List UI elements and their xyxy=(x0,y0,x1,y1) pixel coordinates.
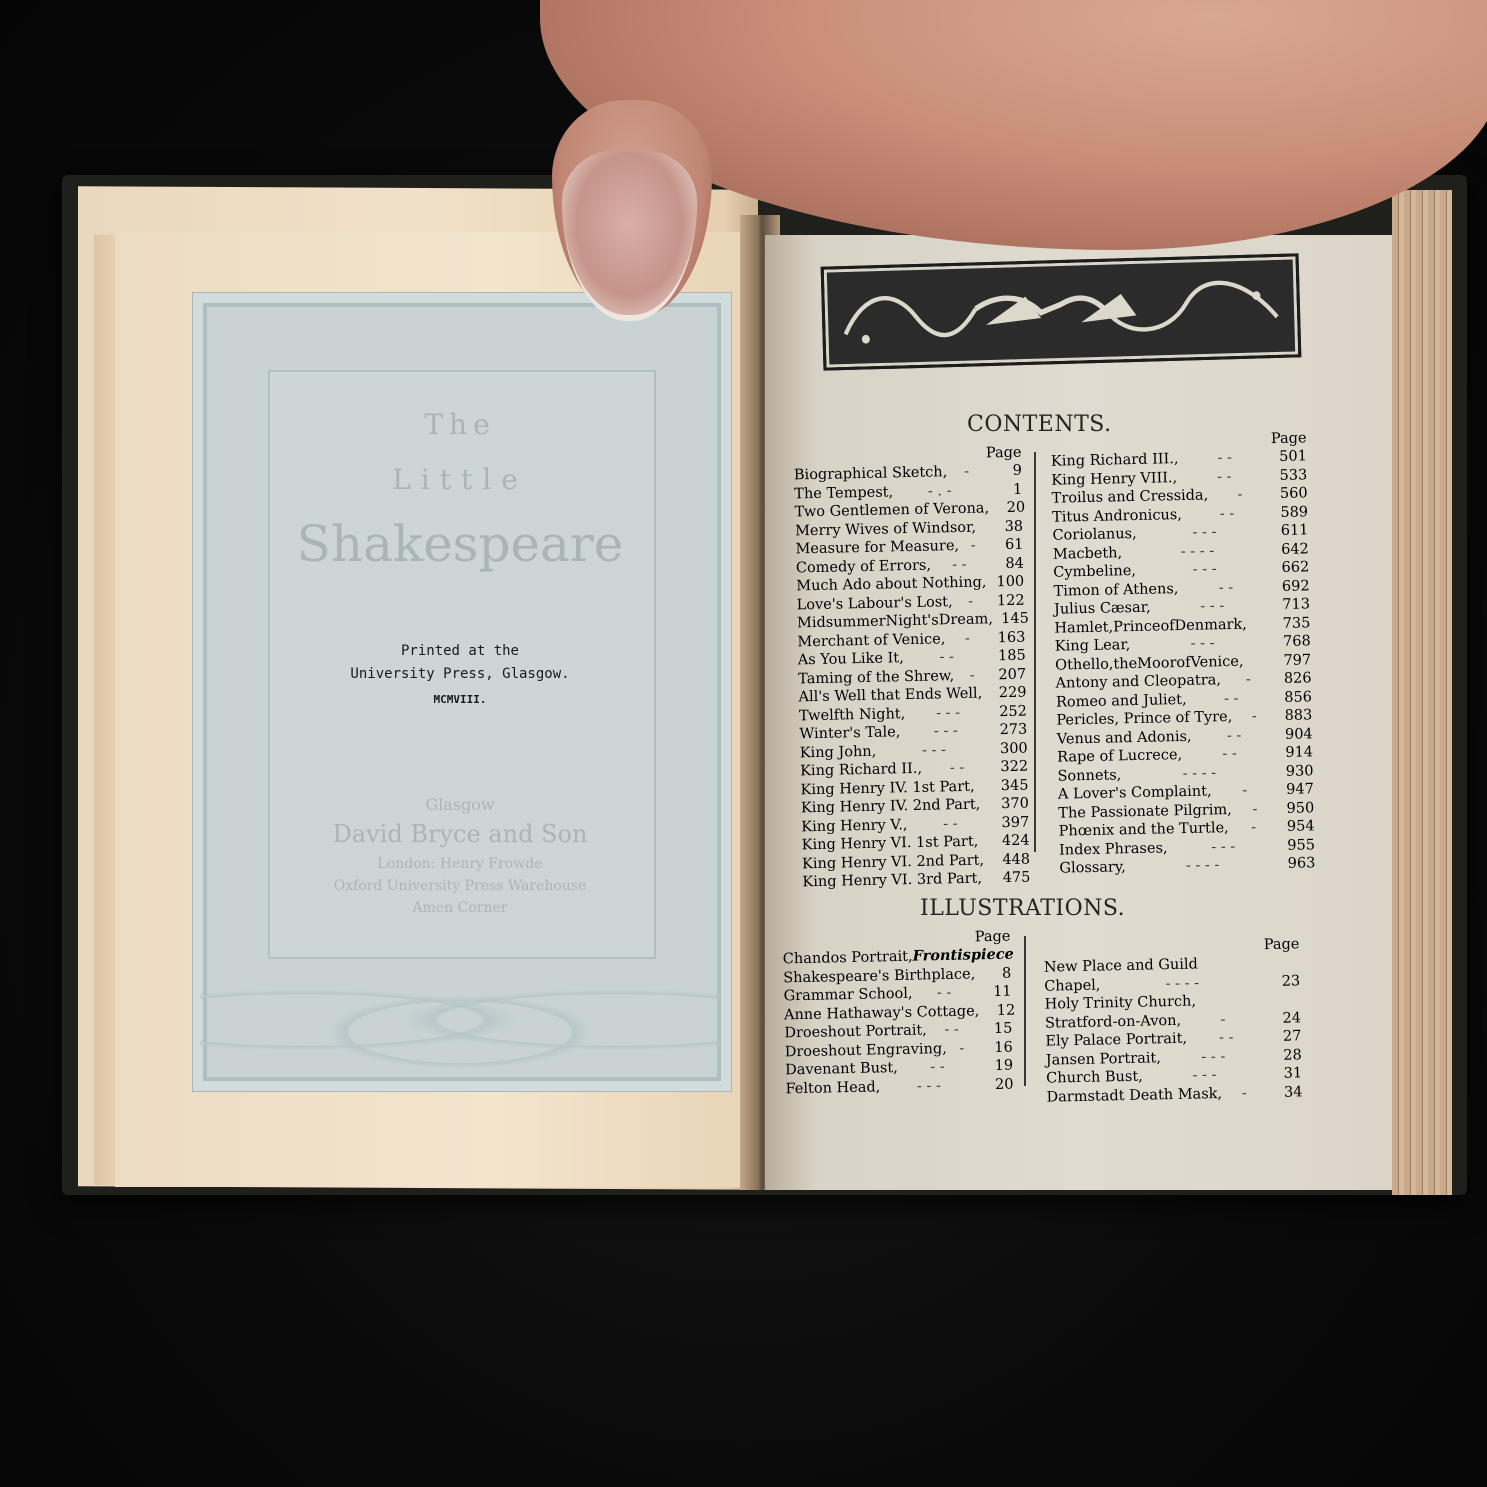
toc-entry-page: 229 xyxy=(990,684,1026,703)
toc-entry-page: 322 xyxy=(992,758,1028,777)
toc-entry-title: Index Phrases, xyxy=(1059,839,1168,860)
toc-entry-page: 163 xyxy=(989,628,1025,647)
show-through-title-line: The xyxy=(268,408,652,441)
toc-entry-leader: - xyxy=(1251,819,1256,838)
toc-entry-page: 145 xyxy=(993,610,1029,629)
toc-entry-title: The Tempest, xyxy=(794,483,893,504)
toc-entry-page: 28 xyxy=(1266,1046,1302,1065)
griffin-headpiece-ornament xyxy=(821,253,1302,370)
toc-entry-page: 713 xyxy=(1274,595,1310,614)
toc-entry-page: 947 xyxy=(1278,780,1314,799)
toc-entry-page: 397 xyxy=(993,813,1029,832)
toc-entry-leader: - . - xyxy=(928,482,952,501)
toc-entry-page: 642 xyxy=(1273,540,1309,559)
toc-entry-page: 24 xyxy=(1265,1009,1301,1028)
toc-entry-leader: - - xyxy=(944,1021,959,1040)
toc-entry-page xyxy=(1264,953,1300,972)
toc-entry-page: 930 xyxy=(1277,762,1313,781)
toc-entry-leader: - - - - xyxy=(1186,856,1220,875)
toc-entry-leader: - xyxy=(1237,486,1242,505)
toc-entry-leader: - - xyxy=(952,555,967,574)
toc-entry-leader: - - xyxy=(1224,689,1239,708)
show-through-publisher-line: London: Henry Frowde xyxy=(268,856,652,872)
toc-entry-title: Darmstadt Death Mask, xyxy=(1046,1084,1222,1106)
toc-entry-leader: - - - xyxy=(934,722,958,741)
toc-entry-page: 207 xyxy=(990,665,1026,684)
toc-entry-page: 856 xyxy=(1276,688,1312,707)
illustrations-right-column: Page New Place and Guild Chapel,- - - -2… xyxy=(1043,935,1302,1106)
toc-entry-leader: - xyxy=(1242,782,1247,801)
toc-entry-page: 370 xyxy=(993,795,1029,814)
toc-entry-leader: - xyxy=(971,537,976,556)
toc-entry-leader: - - - xyxy=(917,1077,941,1096)
toc-entry-page: 662 xyxy=(1273,558,1309,577)
toc-entry-page: 611 xyxy=(1272,521,1308,540)
toc-entry-page: 735 xyxy=(1274,614,1310,633)
toc-entry-page: 533 xyxy=(1271,466,1307,485)
toc-entry-leader: - - - xyxy=(1192,1066,1216,1085)
toc-entry-title: Glossary, xyxy=(1059,858,1126,878)
toc-entry-page: 448 xyxy=(994,850,1030,869)
toc-entry-leader: - xyxy=(964,463,969,482)
toc-entry-page: 19 xyxy=(977,1057,1013,1076)
griffin-scroll-icon xyxy=(824,256,1299,367)
toc-entry-page: 826 xyxy=(1275,669,1311,688)
toc-entry-title: Phœnix and the Turtle, xyxy=(1059,819,1229,841)
toc-entry-title: Ely Palace Portrait, xyxy=(1045,1030,1187,1051)
toc-entry-title: King Henry V., xyxy=(801,816,908,837)
toc-entry-leader: - xyxy=(1242,1084,1247,1103)
toc-entry-title: King Henry VI. 3rd Part, xyxy=(802,870,982,892)
toc-entry-page: 954 xyxy=(1278,817,1314,836)
toc-entry-leader: - xyxy=(959,1039,964,1058)
toc-entry-leader: - xyxy=(969,666,974,685)
toc-entry-leader: - xyxy=(1252,707,1257,726)
toc-entry-page: 8 xyxy=(975,964,1011,983)
toc-entry-page: 38 xyxy=(987,517,1023,536)
toc-entry-page: 560 xyxy=(1271,484,1307,503)
toc-entry-title: Church Bust, xyxy=(1046,1068,1143,1089)
toc-entry-page: 501 xyxy=(1271,447,1307,466)
toc-entry-leader: - - - xyxy=(1192,523,1216,542)
show-through-publisher-line: David Bryce and Son xyxy=(268,820,652,848)
toc-entry-leader: - - - xyxy=(1192,560,1216,579)
page-block-edges xyxy=(1392,190,1452,1195)
toc-entry-page: 883 xyxy=(1276,706,1312,725)
toc-entry-leader: - - xyxy=(939,648,954,667)
toc-entry-leader: - - - - xyxy=(1165,974,1199,993)
toc-entry-title: Chapel, xyxy=(1044,976,1101,996)
toc-entry-title: Winter's Tale, xyxy=(799,723,900,744)
toc-entry-page: 768 xyxy=(1275,632,1311,651)
toc-entry-leader: - - - xyxy=(1201,1047,1225,1066)
toc-entry-leader: - - - xyxy=(1200,597,1224,616)
illustrations-heading: ILLUSTRATIONS. xyxy=(920,896,1125,921)
toc-entry-title: Titus Andronicus, xyxy=(1052,505,1182,526)
toc-entry-page: 61 xyxy=(987,536,1023,555)
toc-entry-title: King Lear, xyxy=(1055,636,1131,656)
toc-entry-page: 12 xyxy=(979,1001,1015,1020)
toc-entry-page: 475 xyxy=(994,869,1030,888)
toc-entry-title: Troilus and Cressida, xyxy=(1052,486,1209,508)
celtic-knot-ornament xyxy=(200,960,720,1080)
toc-entry-leader: - - xyxy=(943,815,958,834)
toc-entry-title: Jansen Portrait, xyxy=(1046,1049,1161,1070)
toc-entry-title: Merchant of Venice, xyxy=(797,630,945,652)
toc-entry-title: Timon of Athens, xyxy=(1053,580,1178,601)
toc-entry-page: 23 xyxy=(1264,972,1300,991)
toc-entry-title: As You Like It, xyxy=(798,649,904,670)
toc-entry-page: 11 xyxy=(975,983,1011,1002)
toc-entry-page: 963 xyxy=(1279,854,1315,873)
printer-imprint-line2: University Press, Glasgow. xyxy=(300,666,620,682)
toc-entry-title: Antony and Cleopatra, xyxy=(1055,671,1221,693)
toc-entry-page: 84 xyxy=(988,554,1024,573)
toc-entry-leader: - - xyxy=(1219,1029,1234,1048)
toc-entry-leader: - - xyxy=(1217,449,1232,468)
show-through-publisher-line: Oxford University Press Warehouse xyxy=(268,878,652,894)
toc-entry-leader: - - xyxy=(950,759,965,778)
toc-entry-leader: - xyxy=(1252,800,1257,819)
illustrations-left-column: Page Chandos Portrait,FrontispieceShakes… xyxy=(782,928,1013,1099)
toc-entry-page: 914 xyxy=(1277,743,1313,762)
toc-entry-page: 20 xyxy=(977,1075,1013,1094)
toc-entry-title: Rape of Lucrece, xyxy=(1057,746,1182,767)
printer-imprint-year: MCMVIII. xyxy=(300,693,620,706)
toc-entry-page: 252 xyxy=(991,702,1027,721)
toc-entry-leader: - - - - xyxy=(1183,764,1217,783)
printer-imprint-line1: Printed at the xyxy=(300,643,620,659)
toc-entry-leader: - - - - xyxy=(1181,542,1215,561)
toc-entry-title: Coriolanus, xyxy=(1052,525,1137,545)
toc-entry-leader: - - - xyxy=(1190,634,1214,653)
toc-entry-page: 345 xyxy=(992,776,1028,795)
toc-entry-page: 185 xyxy=(990,647,1026,666)
toc-entry-page: Frontispiece xyxy=(912,946,1011,967)
toc-entry-leader: - - - xyxy=(922,741,946,760)
toc-entry-title: Biographical Sketch, xyxy=(794,463,948,485)
show-through-title-line: Little xyxy=(268,463,652,496)
toc-entry-title: Sonnets, xyxy=(1057,766,1121,786)
toc-entry-title: Droeshout Engraving, xyxy=(785,1039,947,1061)
column-divider xyxy=(1034,452,1036,852)
toc-entry-leader: - xyxy=(968,592,973,611)
toc-entry-page: 950 xyxy=(1278,799,1314,818)
toc-entry-page xyxy=(1264,990,1300,1009)
toc-entry-title: Felton Head, xyxy=(785,1078,880,1098)
contents-right-column: Page King Richard III.,- -501King Henry … xyxy=(1050,429,1315,878)
toc-entry-leader: - - - xyxy=(936,704,960,723)
toc-entry-page: 797 xyxy=(1275,651,1311,670)
toc-entry-leader: - - xyxy=(1220,504,1235,523)
toc-entry-page: 20 xyxy=(989,499,1025,518)
toc-entry-leader: - - xyxy=(1227,726,1242,745)
toc-entry-title: Macbeth, xyxy=(1053,544,1123,564)
toc-entry-page: 15 xyxy=(976,1020,1012,1039)
show-through-publisher-line: Glasgow xyxy=(268,795,652,814)
toc-entry-leader: - - xyxy=(1222,745,1237,764)
toc-entry-page: 34 xyxy=(1266,1083,1302,1102)
toc-entry-page: 9 xyxy=(986,462,1022,481)
toc-entry-title: King John, xyxy=(800,742,877,762)
toc-entry-title: Cymbeline, xyxy=(1053,562,1136,582)
toc-entry-page: 424 xyxy=(993,832,1029,851)
toc-entry-title: Julius Cæsar, xyxy=(1054,599,1151,620)
toc-entry-page: 589 xyxy=(1272,503,1308,522)
toc-entry-leader: - - - xyxy=(1211,837,1235,856)
show-through-title-line: Shakespeare xyxy=(268,515,652,573)
toc-entry-page: 1 xyxy=(986,480,1022,499)
toc-entry-page: 100 xyxy=(988,573,1024,592)
toc-entry-page: 273 xyxy=(991,721,1027,740)
toc-entry-leader: - - xyxy=(1217,467,1232,486)
toc-entry-leader: - xyxy=(1246,671,1251,690)
toc-entry-page: 904 xyxy=(1277,725,1313,744)
toc-entry-page: 16 xyxy=(977,1038,1013,1057)
toc-entry-title: Twelfth Night, xyxy=(799,705,906,726)
show-through-publisher-line: Amen Corner xyxy=(268,900,652,916)
toc-entry-title: Measure for Measure, xyxy=(795,537,959,559)
toc-entry-leader: - - xyxy=(937,984,952,1003)
toc-entry-page: 31 xyxy=(1266,1064,1302,1083)
toc-entry-leader: - xyxy=(1220,1010,1225,1029)
column-divider xyxy=(1024,936,1026,1086)
toc-entry-title: Pericles, Prince of Tyre, xyxy=(1056,708,1232,730)
contents-left-column: Page Biographical Sketch,-9The Tempest,-… xyxy=(793,444,1030,892)
toc-entry-page: 692 xyxy=(1273,577,1309,596)
toc-entry-leader: - - xyxy=(930,1058,945,1077)
toc-entry-leader: - - xyxy=(1219,578,1234,597)
toc-entry-page: 27 xyxy=(1265,1027,1301,1046)
toc-entry-page: 955 xyxy=(1279,836,1315,855)
toc-entry-title: Davenant Bust, xyxy=(785,1059,898,1080)
toc-entry-leader: - xyxy=(965,629,970,648)
toc-entry-page: 300 xyxy=(992,739,1028,758)
toc-entry-page: 122 xyxy=(988,591,1024,610)
